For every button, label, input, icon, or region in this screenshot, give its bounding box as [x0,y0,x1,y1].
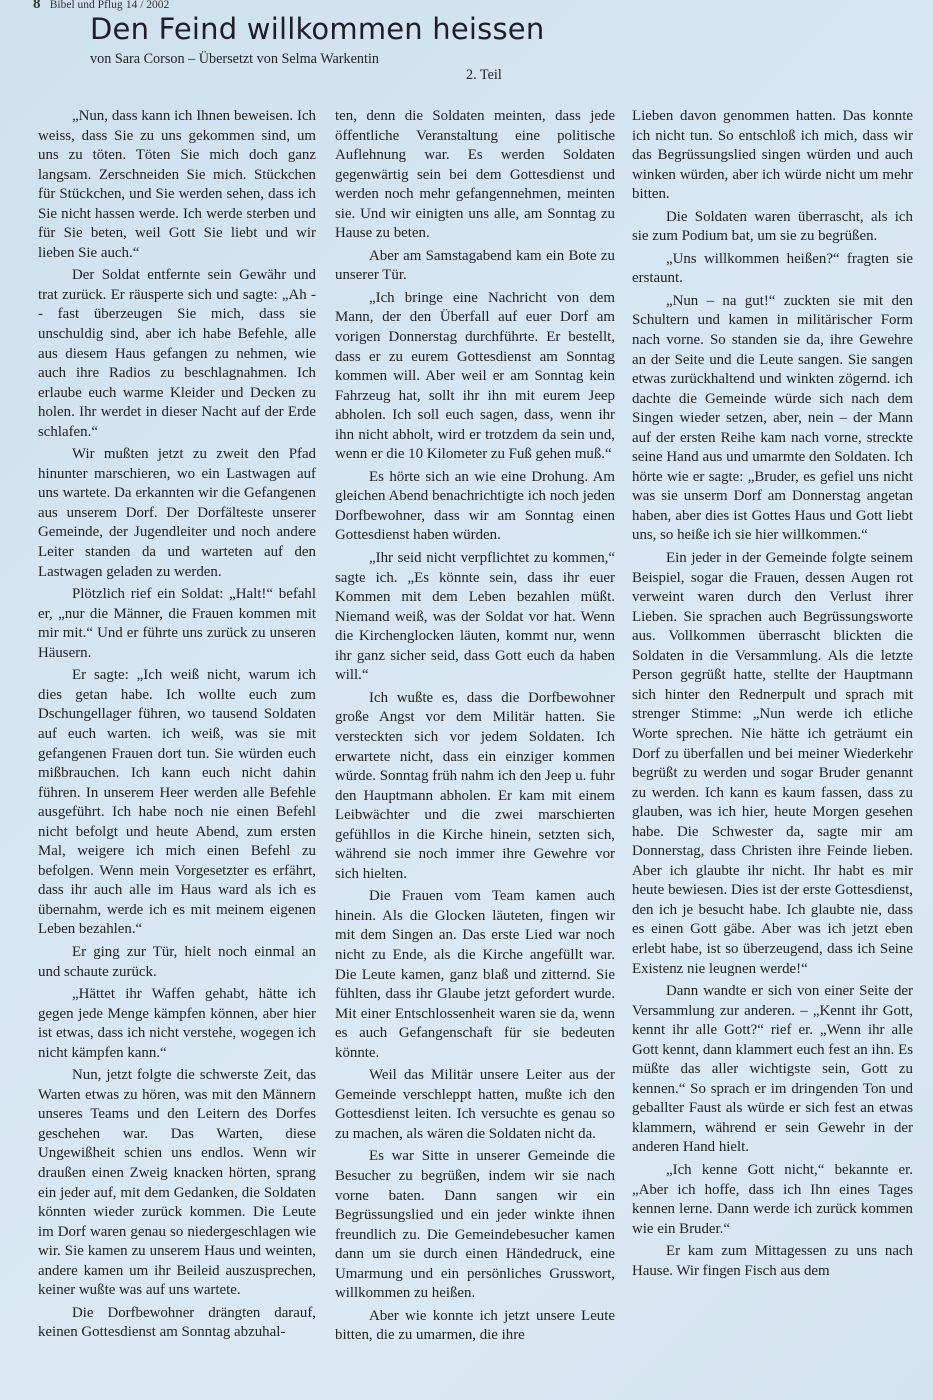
paragraph: Ich wußte es, dass die Dorfbewohner groß… [335,689,615,884]
paragraph: Es war Sitte in unserer Gemeinde die Bes… [335,1147,615,1303]
paragraph: Ein jeder in der Gemeinde folgte seinem … [632,549,913,979]
paragraph: Aber wie konnte ich jetzt unsere Leute b… [335,1307,615,1346]
paragraph: „Nun – na gut!“ zuckten sie mit den Schu… [632,292,913,546]
text-column-2: ten, denn die Soldaten meinten, dass jed… [335,107,615,1349]
article-title: Den Feind willkommen heissen [90,12,544,46]
issue-number: 14 / 2002 [126,0,169,11]
paragraph: Nun, jetzt folgte die schwerste Zeit, da… [38,1066,316,1301]
article-part: 2. Teil [466,67,502,84]
paragraph: Lieben davon genommen hatten. Das konnte… [632,107,913,205]
text-column-1: „Nun, dass kann ich Ihnen beweisen. Ich … [38,107,316,1346]
paragraph: ten, denn die Soldaten meinten, dass jed… [335,107,615,244]
paragraph: „Hättet ihr Waffen gehabt, hätte ich geg… [38,985,316,1063]
paragraph: Der Soldat entfernte sein Gewähr und tra… [38,266,316,442]
paragraph: „Ihr seid nicht verpflichtet zu kommen,“… [335,549,615,686]
paragraph: Weil das Militär unsere Leiter aus der G… [335,1066,615,1144]
paragraph: Er ging zur Tür, hielt noch einmal an un… [38,943,316,982]
magazine-name: Bibel und Pflug [50,0,123,11]
paragraph: Wir mußten jetzt zu zweit den Pfad hinun… [38,445,316,582]
paragraph: Aber am Samstagabend kam ein Bote zu uns… [335,247,615,286]
paragraph: Die Frauen vom Team kamen auch hinein. A… [335,887,615,1063]
page-number: 8 [33,0,41,12]
paragraph: „Nun, dass kann ich Ihnen beweisen. Ich … [38,107,316,263]
article-byline: von Sara Corson – Übersetzt von Selma Wa… [90,51,379,68]
paragraph: Er sagte: „Ich weiß nicht, warum ich die… [38,666,316,940]
paragraph: „Uns willkommen heißen?“ fragten sie ers… [632,250,913,289]
paragraph: Die Dorfbewohner drängten darauf, keinen… [38,1304,316,1343]
text-column-3: Lieben davon genommen hatten. Das konnte… [632,107,913,1284]
paragraph: Es hörte sich an wie eine Drohung. Am gl… [335,468,615,546]
paragraph: „Ich bringe eine Nachricht von dem Mann,… [335,289,615,465]
paragraph: Er kam zum Mittagessen zu uns nach Hause… [632,1242,913,1281]
paragraph: „Ich kenne Gott nicht,“ bekannte er. „Ab… [632,1161,913,1239]
paragraph: Dann wandte er sich von einer Seite der … [632,982,913,1158]
paragraph: Die Soldaten waren überrascht, als ich s… [632,208,913,247]
paragraph: Plötzlich rief ein Soldat: „Halt!“ befah… [38,585,316,663]
